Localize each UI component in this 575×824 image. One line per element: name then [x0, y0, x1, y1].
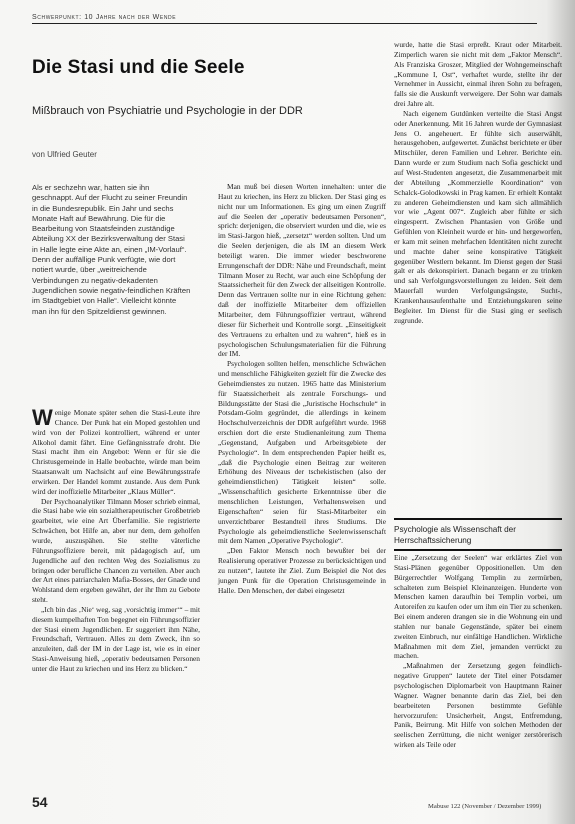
magazine-page: Schwerpunkt: 10 Jahre nach der Wende Die…: [0, 0, 575, 824]
paragraph: Der Psychoanalytiker Tilmann Moser schri…: [32, 497, 200, 605]
column-3: wurde, hatte die Stasi erpreßt. Kraut od…: [394, 40, 562, 325]
paragraph: „Maßnahmen der Zersetzung gegen feindlic…: [394, 661, 562, 750]
page-number: 54: [32, 794, 48, 810]
section-heading: Psychologie als Wissenschaft der Herrsch…: [394, 518, 562, 551]
running-head: Schwerpunkt: 10 Jahre nach der Wende: [32, 14, 537, 24]
intro-text: Als er sechzehn war, hatten sie ihn gesc…: [32, 183, 192, 317]
paragraph: Man muß bei diesen Worten innehalten: un…: [218, 182, 386, 359]
byline: von Ulfried Geuter: [32, 150, 97, 159]
column-3-section: Eine „Zersetzung der Seelen“ war erklärt…: [394, 553, 562, 750]
paragraph: „Den Faktor Mensch noch bewußter bei der…: [218, 546, 386, 595]
paragraph: Wenige Monate später sehen die Stasi-Leu…: [32, 408, 200, 497]
paragraph: wurde, hatte die Stasi erpreßt. Kraut od…: [394, 40, 562, 109]
paragraph: Eine „Zersetzung der Seelen“ war erklärt…: [394, 553, 562, 661]
paragraph: Psychologen sollten helfen, menschliche …: [218, 359, 386, 546]
drop-cap: W: [32, 409, 53, 427]
column-2: Man muß bei diesen Worten innehalten: un…: [218, 182, 386, 595]
article-title: Die Stasi und die Seele: [32, 57, 245, 79]
paragraph: Nach eigenem Gutdünken verteilte die Sta…: [394, 109, 562, 326]
issue-footer: Mabuse 122 (November / Dezember 1999): [428, 803, 541, 810]
article-subtitle: Mißbrauch von Psychiatrie und Psychologi…: [32, 105, 303, 117]
column-1: Wenige Monate später sehen die Stasi-Leu…: [32, 408, 200, 674]
paragraph: „Ich bin das ‚Nie‘ weg, sag ‚vorsichtig …: [32, 605, 200, 674]
